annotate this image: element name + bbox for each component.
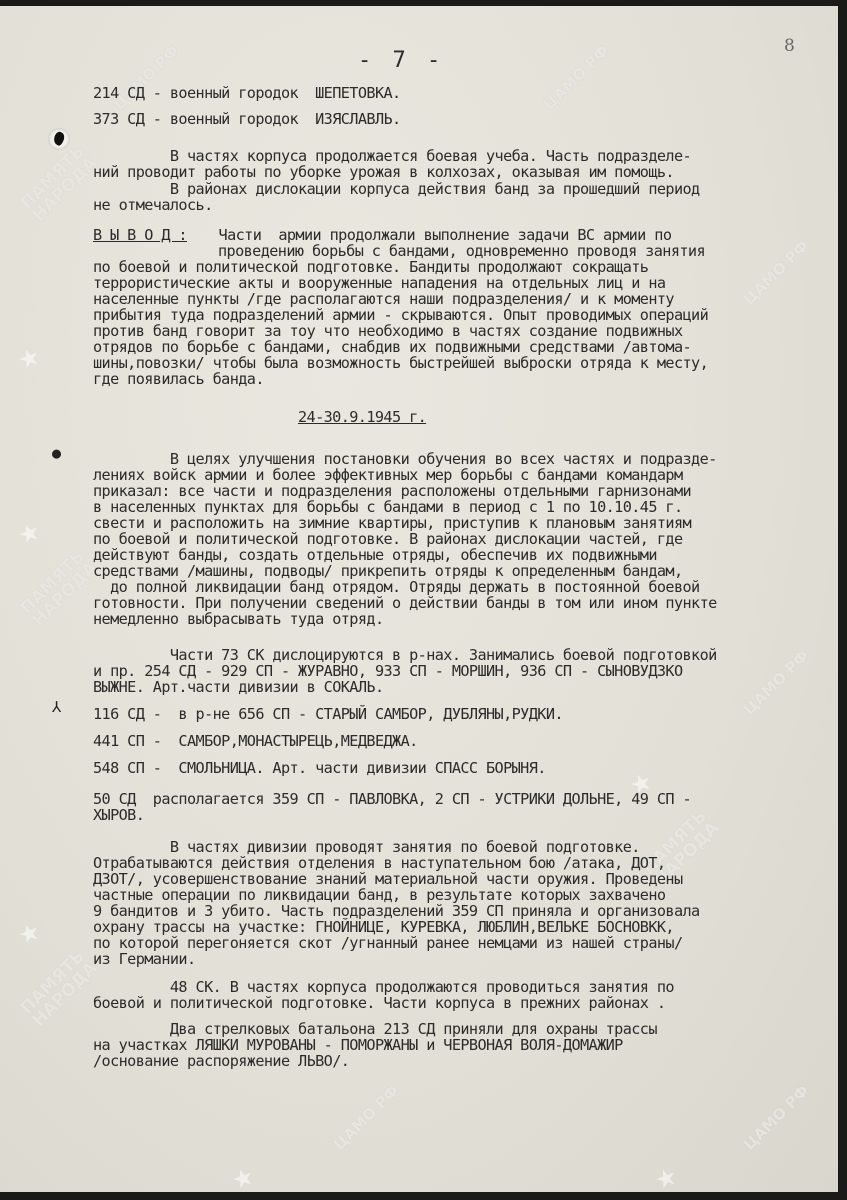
text-line: ВЫЖНЕ. Арт.части дивизии в СОКАЛЬ. [93, 679, 383, 695]
star-icon: ★ [12, 509, 45, 554]
text-line: террористические акты и вооруженные напа… [93, 275, 665, 291]
text-line: В частях дивизии проводят занятия по бое… [93, 839, 640, 855]
watermark-camo: ЦАМО РФ [740, 646, 812, 718]
text-line: В частях корпуса продолжается боевая уче… [93, 148, 691, 164]
text-line: лениях войск армии и более эффективных м… [93, 467, 683, 483]
text-line: ний проводит работы по уборке урожая в к… [93, 164, 674, 180]
text-line: по боевой и политической подготовке. В р… [93, 531, 683, 547]
text-line: 441 СП - САМБОР,МОНАСТЫРЕЦЬ,МЕДВЕДЖА. [93, 733, 418, 749]
text-line: отрядов по борьбе с бандами, снабдив их … [93, 339, 691, 355]
archive-page-number: 8 [784, 36, 795, 56]
text-line: и пр. 254 СД - 929 СП - ЖУРАВНО, 933 СП … [93, 663, 683, 679]
watermark-camo: ЦАМО РФ [540, 41, 612, 113]
page-number: - 7 - [358, 48, 444, 73]
text-line: по которой перегоняется скот /угнанный р… [93, 935, 683, 951]
text-line: 48 СК. В частях корпуса продолжаются про… [93, 979, 674, 995]
text-line: действуют банды, создать отдельные отряд… [93, 547, 657, 563]
punch-mark: ⅄ [52, 698, 61, 716]
text-line: боевой и политической подготовке. Части … [93, 995, 665, 1011]
star-icon: ★ [12, 334, 45, 379]
text-line: Отрабатываются действия отделения в наст… [93, 855, 665, 871]
text-line: из Германии. [93, 951, 196, 967]
text-line: Два стрелковых батальона 213 СД приняли … [93, 1021, 657, 1037]
watermark-pamyat-naroda: ПАМЯТЬНАРОДА [18, 143, 100, 225]
text-line: где появилась банда. [93, 371, 264, 387]
text-line: свести и расположить на зимние квартиры,… [93, 515, 691, 531]
text-line: в населенных пунктах для борьбы с бандам… [93, 499, 683, 515]
text-line: 373 СД - военный городок ИЗЯСЛАВЛЬ. [93, 111, 401, 127]
text-line: Части армии продолжали выполнение задачи… [210, 227, 671, 243]
text-line: Части 73 СК дислоцируются в р-нах. Заним… [93, 647, 717, 663]
text-line: охрану трассы на участке: ГНОЙНИЦЕ, КУРЕ… [93, 919, 674, 935]
text-line: 50 СД располагается 359 СП - ПАВЛОВКА, 2… [93, 791, 691, 807]
text-line: прибытия туда подразделений армии - скры… [93, 307, 708, 323]
watermark-camo: ЦАМО РФ [740, 236, 812, 308]
watermark-camo: ЦАМО РФ [110, 41, 182, 113]
text-line: по боевой и политической подготовке. Бан… [93, 259, 648, 275]
watermark-pamyat-naroda: ПАМЯТЬНАРОДА [18, 548, 100, 630]
text-line: 548 СП - СМОЛЬНИЦА. Арт. части дивизии С… [93, 760, 546, 776]
date-heading: 24-30.9.1945 г. [298, 409, 426, 425]
text-line: не отмечалось. [93, 197, 213, 213]
text-line: проведению борьбы с бандами, одновременн… [218, 243, 705, 259]
watermark-camo: ЦАМО РФ [740, 1081, 812, 1153]
text-line: приказал: все части и подразделения расп… [93, 483, 691, 499]
star-icon: ★ [649, 1154, 682, 1192]
star-icon: ★ [12, 909, 45, 954]
text-line: шины,повозки/ чтобы была возможность быс… [93, 355, 708, 371]
star-icon: ★ [226, 1154, 259, 1192]
text-line: немедленно выбрасывать туда отряд. [93, 611, 383, 627]
text-line: 116 СД - в р-не 656 СП - СТАРЫЙ САМБОР, … [93, 706, 563, 722]
punch-hole [48, 128, 70, 150]
text-line: на участках ЛЯШКИ МУРОВАНЫ - ПОМОРЖАНЫ и… [93, 1037, 623, 1053]
punch-mark: ● [52, 444, 61, 462]
text-line: частные операции по ликвидации банд, в р… [93, 887, 665, 903]
watermark-pamyat-naroda: ПАМЯТЬНАРОДА [18, 948, 100, 1030]
text-line: В целях улучшения постановки обучения во… [93, 451, 717, 467]
text-line: против банд говорит за тоу что необходим… [93, 323, 683, 339]
conclusion-label: В Ы В О Д : [93, 227, 187, 243]
text-line: В районах дислокации корпуса действия ба… [93, 181, 700, 197]
text-line: средствами /машины, подводы/ прикрепить … [93, 563, 683, 579]
text-line: 214 СД - военный городок ШЕПЕТОВКА. [93, 85, 401, 101]
text-line: готовности. При получении сведений о дей… [93, 595, 717, 611]
text-line: ДЗОТ/, усовершенствование знаний материа… [93, 871, 683, 887]
text-line: ХЫРОВ. [93, 807, 144, 823]
document-page: ЦАМО РФ ЦАМО РФ ЦАМО РФ ЦАМО РФ ЦАМО РФ … [0, 6, 838, 1192]
text-line: 9 бандитов и 3 убито. Часть подразделени… [93, 903, 700, 919]
text-line: населенные пункты /где располагаются наш… [93, 291, 674, 307]
watermark-camo: ЦАМО РФ [330, 1081, 402, 1153]
text-line: до полной ликвидации банд отрядом. Отряд… [93, 579, 700, 595]
text-line: /основание распоряжение ЛЬВО/. [93, 1053, 349, 1069]
